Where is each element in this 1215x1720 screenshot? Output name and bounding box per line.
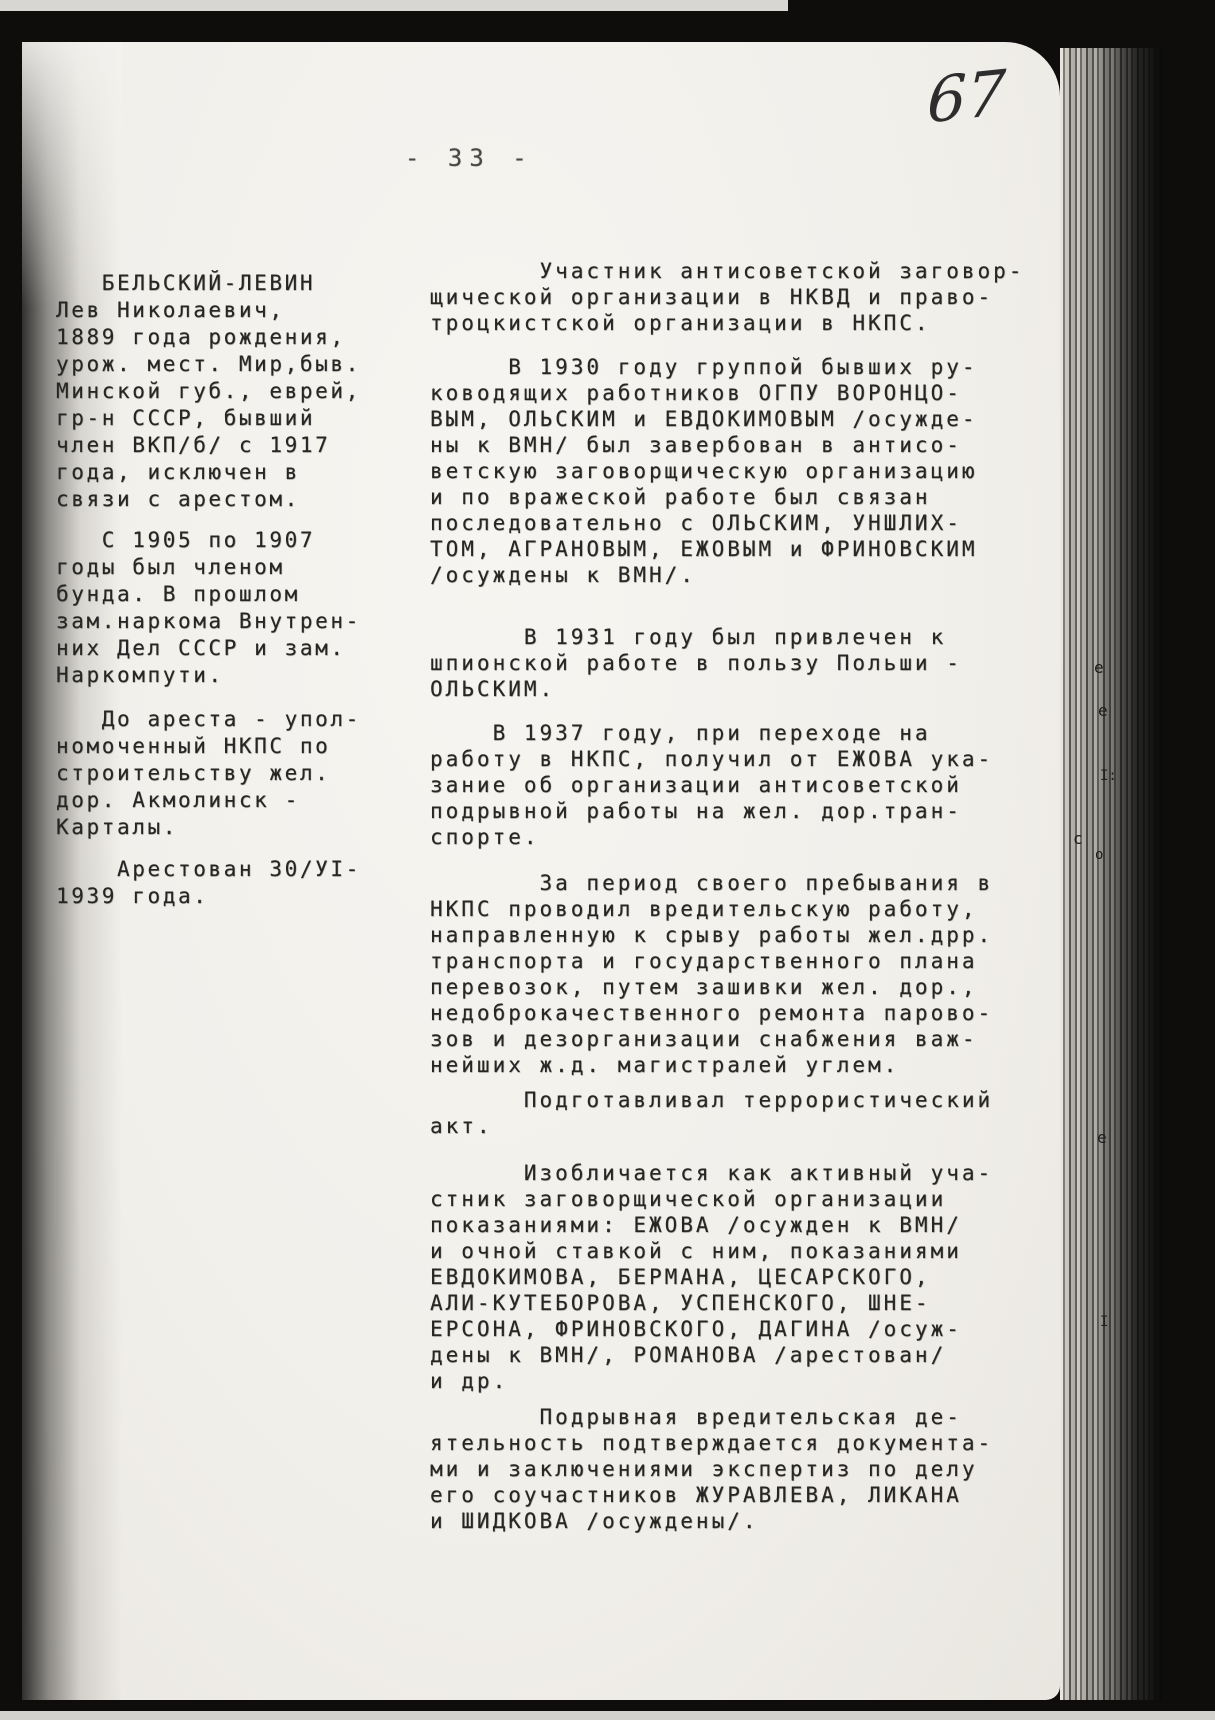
charge-summary-paragraph: Участник антисоветской заговор- щической… — [430, 258, 1024, 336]
recruitment-1930-paragraph: В 1930 году группой бывших ру- ководящих… — [430, 354, 978, 588]
page-edge-mark: е — [1097, 1128, 1107, 1147]
scanner-bed-strip-bottom — [0, 1711, 1215, 1720]
page-edge-mark: о — [1095, 847, 1103, 863]
book-page-edges — [1060, 48, 1162, 1700]
page-edge-mark: І — [1100, 1314, 1108, 1330]
book-scan: 67 - 33 - БЕЛЬСКИЙ-ЛЕВИН Лев Николаевич,… — [0, 0, 1215, 1720]
page-edge-mark: І: — [1100, 768, 1117, 784]
arrest-date-paragraph: Арестован 30/УІ- 1939 года. — [56, 856, 361, 910]
subject-position-paragraph: До ареста - упол- номоченный НКПС по стр… — [56, 706, 361, 841]
terrorist-act-paragraph: Подготавливал террористический акт. — [430, 1087, 993, 1139]
espionage-1931-paragraph: В 1931 году был привлечен к шпионской ра… — [430, 624, 962, 702]
scanner-bed-strip-top — [0, 0, 788, 11]
page-edge-mark: е — [1098, 701, 1108, 720]
nkps-1937-paragraph: В 1937 году, при переходе на работу в НК… — [430, 720, 993, 850]
expertise-paragraph: Подрывная вредительская де- ятельность п… — [430, 1404, 993, 1534]
page-edge-mark: е — [1094, 658, 1104, 677]
sabotage-activity-paragraph: За период своего пребывания в НКПС прово… — [430, 870, 993, 1078]
document-page: 67 - 33 - БЕЛЬСКИЙ-ЛЕВИН Лев Николаевич,… — [22, 42, 1060, 1700]
page-edge-mark: с — [1073, 829, 1083, 848]
testimonies-paragraph: Изобличается как активный уча- стник заг… — [430, 1160, 993, 1394]
subject-name-block: БЕЛЬСКИЙ-ЛЕВИН Лев Николаевич, 1889 года… — [56, 270, 361, 513]
handwritten-folio-number: 67 — [926, 56, 1007, 138]
page-number: - 33 - — [405, 144, 534, 172]
subject-background-paragraph: С 1905 по 1907 годы был членом бунда. В … — [56, 527, 361, 689]
